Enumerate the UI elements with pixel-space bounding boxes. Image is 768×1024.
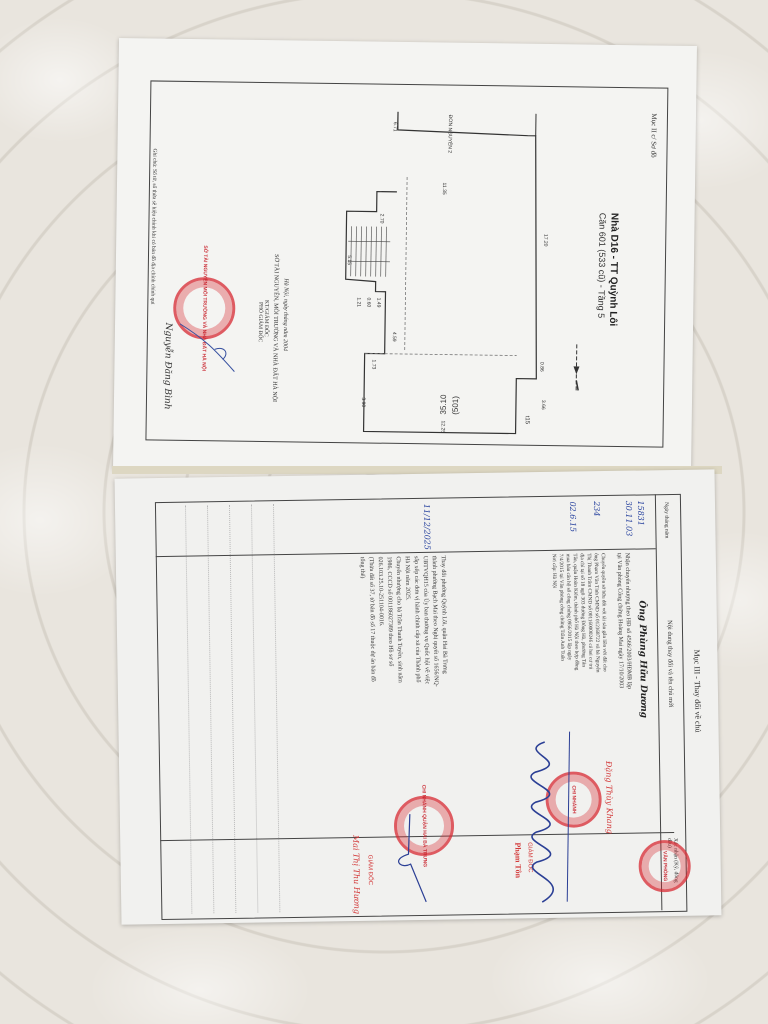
signer-name: Nguyễn Đăng Bình xyxy=(162,323,173,410)
entry2-signature-scribble xyxy=(515,732,578,913)
signer-role2: PHÓ GIÁM ĐỐC xyxy=(257,302,264,342)
dim-top: 11.35 xyxy=(441,182,447,194)
floor-plan-drawing xyxy=(344,111,578,424)
dim-bottom-right: 3.66 xyxy=(540,400,546,410)
entry1-date: 30.11.03 xyxy=(624,501,634,537)
owner-change-page: Mục III - Thay đổi về chủ Ngày tháng năm… xyxy=(115,469,722,924)
col-header-content: Nội dung thay đổi và tên chủ mới xyxy=(666,620,674,707)
room-area: 35.10 xyxy=(439,394,448,414)
signer-role: KT/GIÁM ĐỐC xyxy=(263,300,270,337)
dim-left-upper: 6.71 xyxy=(392,122,398,132)
tag-side: t15 xyxy=(524,416,530,424)
dim-corner: 0.86 xyxy=(538,362,544,372)
dim-left-lower: 4.59 xyxy=(391,332,397,342)
entry1-number: 15831 xyxy=(636,500,645,526)
section-label: Mục II c/ Sơ đồ xyxy=(649,113,658,157)
dim-small-a: 1.21 xyxy=(355,297,361,307)
entry3-signer-title: GIÁM ĐỐC xyxy=(366,855,372,885)
entry2-line8: Nơi cấp: Hà Nội xyxy=(551,554,558,588)
entry3-line8: 026.103.25.10-251104-0016. xyxy=(377,557,384,627)
col-header-date: Ngày tháng năm xyxy=(663,502,670,542)
entry3-signature xyxy=(370,814,431,905)
entry1-owner: Ông Phùng Hữu Dương xyxy=(637,600,649,718)
dim-bottom-left: 3.90 xyxy=(360,397,366,407)
plan-title: Nhà D16 - TT Quỳnh Lôi xyxy=(607,213,620,326)
entry1-signer: Đặng Thùy Khang xyxy=(604,761,614,834)
dim-step: 1.73 xyxy=(370,360,376,370)
floor-plan-page: Mục II c/ Sơ đồ Nhà D16 - TT Quỳnh Lôi C… xyxy=(113,38,697,476)
dim-bottom: 12.25 xyxy=(440,421,446,434)
entry3-line10: tổng thể) xyxy=(359,557,365,579)
signature-mark xyxy=(174,319,255,380)
entry3-line5: Hà Nội năm 2025. xyxy=(404,556,411,600)
section-title: Mục III - Thay đổi về chủ xyxy=(692,650,702,733)
room-number: (501) xyxy=(451,396,460,415)
plan-subtitle: Căn 601 (533 cũ) - Tầng 5 xyxy=(596,213,607,319)
entry3-date: 11/12/2025 xyxy=(422,504,432,550)
entry3-signer: Mai Thị Thu Hương xyxy=(351,835,361,914)
dim-stair-width: 2.70 xyxy=(378,214,384,224)
entry2-date: 02.6.15 xyxy=(568,501,577,532)
dim-small-c: 1.49 xyxy=(375,298,381,308)
dim-small-b: 0.60 xyxy=(365,297,371,307)
entry2-number: 234 xyxy=(592,501,601,516)
dim-stair-depth: 5.15 xyxy=(346,255,352,265)
date-line: Hà Nội, ngày tháng năm 2004 xyxy=(282,278,289,351)
dim-right: 17.20 xyxy=(542,234,548,247)
neighbor-label: ĐƠN NGUYÊN 2 xyxy=(446,115,453,154)
